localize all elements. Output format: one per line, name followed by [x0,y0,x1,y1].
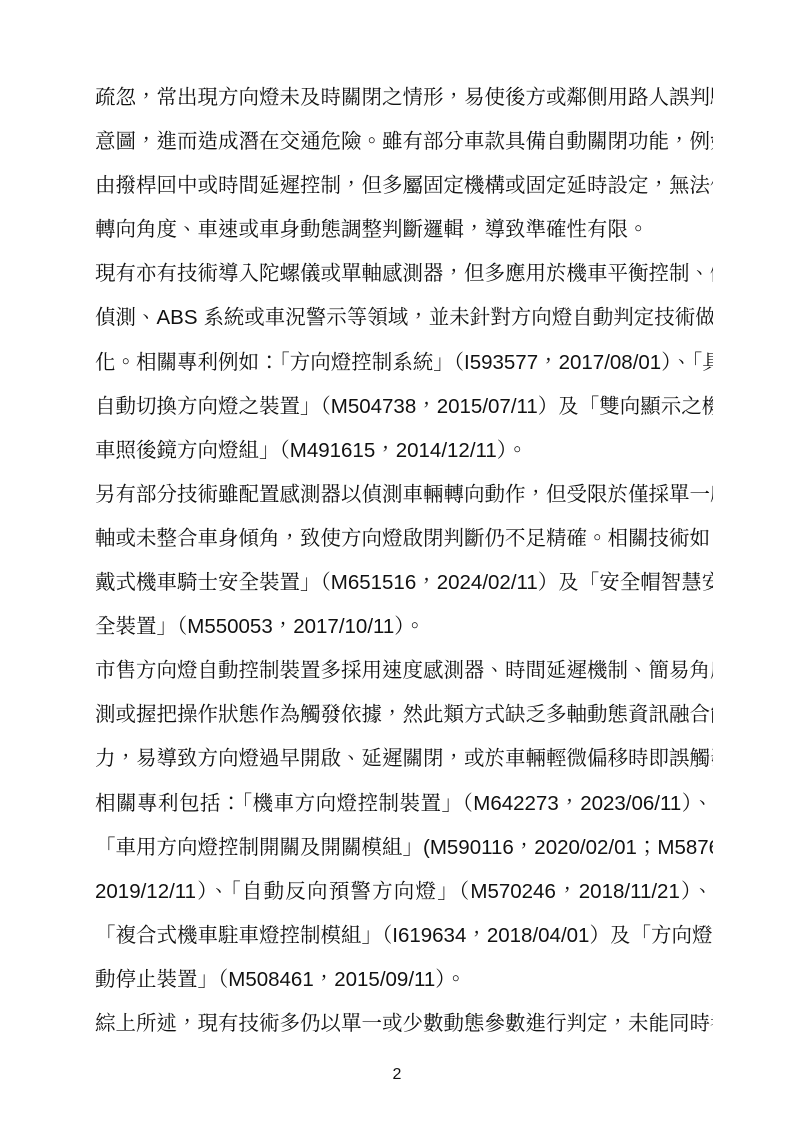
text-line: 「車用方向燈控制開關及開關模組」(M590116，2020/02/01；M587… [95,826,713,870]
text-line: 測或握把操作狀態作為觸發依據，然此類方式缺乏多軸動態資訊融合能 [95,693,713,737]
text-line: 現有亦有技術導入陀螺儀或單軸感測器，但多應用於機車平衡控制、側傾 [95,252,713,296]
text-line: 車照後鏡方向燈組」（M491615，2014/12/11）。 [95,429,713,473]
document-page: 疏忽，常出現方向燈未及時關閉之情形，易使後方或鄰側用路人誤判騎士意圖，進而造成潛… [0,0,794,1123]
text-line: 力，易導致方向燈過早開啟、延遲關閉，或於車輛輕微偏移時即誤觸發。 [95,737,713,781]
text-line: 戴式機車騎士安全裝置」（M651516，2024/02/11）及「安全帽智慧安 [95,561,713,605]
body-text: 疏忽，常出現方向燈未及時關閉之情形，易使後方或鄰側用路人誤判騎士意圖，進而造成潛… [95,76,713,1046]
text-line: 「複合式機車駐車燈控制模組」（I619634，2018/04/01）及「方向燈自 [95,914,713,958]
page-number: 2 [0,1064,794,1086]
text-line: 另有部分技術雖配置感測器以偵測車輛轉向動作，但受限於僅採單一感測 [95,473,713,517]
text-line: 由撥桿回中或時間延遲控制，但多屬固定機構或固定延時設定，無法依據 [95,164,713,208]
text-line: 意圖，進而造成潛在交通危險。雖有部分車款具備自動關閉功能，例如藉 [95,120,713,164]
text-line: 疏忽，常出現方向燈未及時關閉之情形，易使後方或鄰側用路人誤判騎士 [95,76,713,120]
text-line: 化。相關專利例如：「方向燈控制系統」（I593577，2017/08/01）、「… [95,341,713,385]
text-line: 綜上所述，現有技術多仍以單一或少數動態參數進行判定，未能同時考量 [95,1002,713,1046]
text-line: 動停止裝置」（M508461，2015/09/11）。 [95,958,713,1002]
text-line: 市售方向燈自動控制裝置多採用速度感測器、時間延遲機制、簡易角度偵 [95,649,713,693]
text-line: 全裝置」（M550053，2017/10/11）。 [95,605,713,649]
text-line: 自動切換方向燈之裝置」（M504738，2015/07/11）及「雙向顯示之機 [95,385,713,429]
text-line: 轉向角度、車速或車身動態調整判斷邏輯，導致準確性有限。 [95,208,713,252]
text-line: 偵測、ABS 系統或車況警示等領域，並未針對方向燈自動判定技術做最佳 [95,296,713,340]
text-line: 相關專利包括：「機車方向燈控制裝置」（M642273，2023/06/11）、 [95,782,713,826]
text-line: 2019/12/11）、「自動反向預警方向燈」（M570246，2018/11/… [95,870,713,914]
text-line: 軸或未整合車身傾角，致使方向燈啟閉判斷仍不足精確。相關技術如：「穿 [95,517,713,561]
